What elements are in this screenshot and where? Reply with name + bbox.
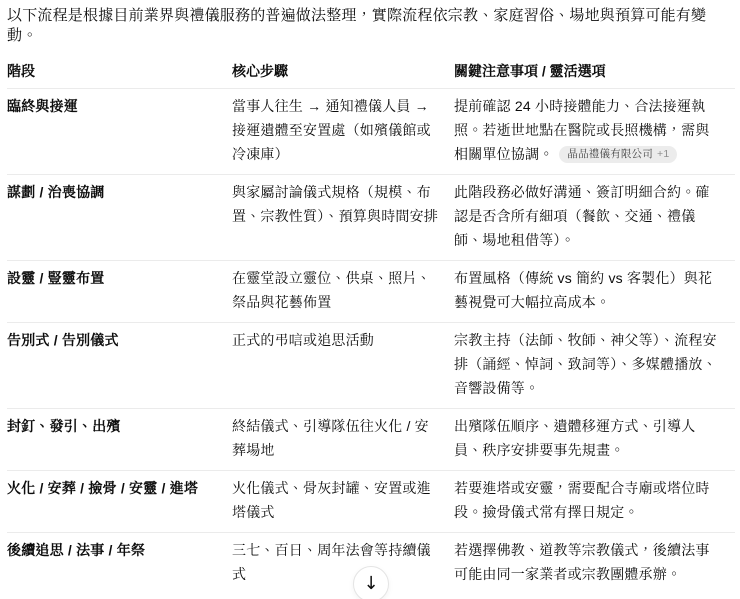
col-header-stage: 階段 bbox=[7, 57, 232, 89]
notes-cell: 出殯隊伍順序、遺體移運方式、引導人員、秩序安排要事先規畫。 bbox=[454, 409, 735, 471]
notes-cell: 宗教主持（法師、牧師、神父等）、流程安排（誦經、悼詞、致詞等）、多媒體播放、音響… bbox=[454, 323, 735, 409]
citation-badge[interactable]: 晶品禮儀有限公司+1 bbox=[559, 146, 677, 163]
notes-cell: 此階段務必做好溝通、簽訂明細合約。確認是否含所有細項（餐飲、交通、禮儀師、場地租… bbox=[454, 175, 735, 261]
col-header-notes: 關鍵注意事項 / 靈活選項 bbox=[454, 57, 735, 89]
steps-cell: 正式的弔唁或追思活動 bbox=[232, 323, 454, 409]
table-row: 告別式 / 告別儀式 正式的弔唁或追思活動 宗教主持（法師、牧師、神父等）、流程… bbox=[7, 323, 735, 409]
table-row: 封釘、發引、出殯 終結儀式、引導隊伍往火化 / 安葬場地 出殯隊伍順序、遺體移運… bbox=[7, 409, 735, 471]
table-row: 設靈 / 豎靈布置 在靈堂設立靈位、供桌、照片、祭品與花藝佈置 布置風格（傳統 … bbox=[7, 261, 735, 323]
funeral-process-table: 階段 核心步驟 關鍵注意事項 / 靈活選項 臨終與接運 當事人往生 → 通知禮儀… bbox=[7, 57, 735, 594]
notes-cell: 若要進塔或安靈，需要配合寺廟或塔位時段。撿骨儀式常有擇日規定。 bbox=[454, 471, 735, 533]
chat-response-area: 以下流程是根據目前業界與禮儀服務的普遍做法整理，實際流程依宗教、家庭習俗、場地與… bbox=[0, 6, 740, 599]
table-row: 臨終與接運 當事人往生 → 通知禮儀人員 → 接運遺體至安置處（如殯儀館或冷凍庫… bbox=[7, 89, 735, 175]
steps-cell: 與家屬討論儀式規格（規模、布置、宗教性質）、預算與時間安排 bbox=[232, 175, 454, 261]
notes-cell: 布置風格（傳統 vs 簡約 vs 客製化）與花藝視覺可大幅拉高成本。 bbox=[454, 261, 735, 323]
steps-cell: 火化儀式、骨灰封罐、安置或進塔儀式 bbox=[232, 471, 454, 533]
citation-count: +1 bbox=[657, 148, 669, 160]
intro-text: 以下流程是根據目前業界與禮儀服務的普遍做法整理，實際流程依宗教、家庭習俗、場地與… bbox=[7, 6, 735, 46]
stage-cell: 後續追思 / 法事 / 年祭 bbox=[7, 533, 232, 595]
table-row: 火化 / 安葬 / 撿骨 / 安靈 / 進塔 火化儀式、骨灰封罐、安置或進塔儀式… bbox=[7, 471, 735, 533]
steps-cell: 終結儀式、引導隊伍往火化 / 安葬場地 bbox=[232, 409, 454, 471]
notes-cell: 提前確認 24 小時接體能力、合法接運執照。若逝世地點在醫院或長照機構，需與相關… bbox=[454, 89, 735, 175]
stage-cell: 告別式 / 告別儀式 bbox=[7, 323, 232, 409]
stage-cell: 臨終與接運 bbox=[7, 89, 232, 175]
col-header-steps: 核心步驟 bbox=[232, 57, 454, 89]
steps-cell: 在靈堂設立靈位、供桌、照片、祭品與花藝佈置 bbox=[232, 261, 454, 323]
stage-cell: 設靈 / 豎靈布置 bbox=[7, 261, 232, 323]
citation-label: 晶品禮儀有限公司 bbox=[567, 148, 653, 160]
notes-cell: 若選擇佛教、道教等宗教儀式，後續法事可能由同一家業者或宗教團體承辦。 bbox=[454, 533, 735, 595]
arrow-down-icon: ↓ bbox=[363, 575, 378, 593]
steps-cell: 三七、百日、周年法會等持續儀式 bbox=[232, 533, 454, 595]
stage-cell: 封釘、發引、出殯 bbox=[7, 409, 232, 471]
scroll-to-bottom-button[interactable]: ↓ bbox=[353, 566, 389, 599]
header-row: 階段 核心步驟 關鍵注意事項 / 靈活選項 bbox=[7, 57, 735, 89]
steps-cell: 當事人往生 → 通知禮儀人員 → 接運遺體至安置處（如殯儀館或冷凍庫） bbox=[232, 89, 454, 175]
stage-cell: 謀劃 / 治喪協調 bbox=[7, 175, 232, 261]
stage-cell: 火化 / 安葬 / 撿骨 / 安靈 / 進塔 bbox=[7, 471, 232, 533]
table-row: 謀劃 / 治喪協調 與家屬討論儀式規格（規模、布置、宗教性質）、預算與時間安排 … bbox=[7, 175, 735, 261]
